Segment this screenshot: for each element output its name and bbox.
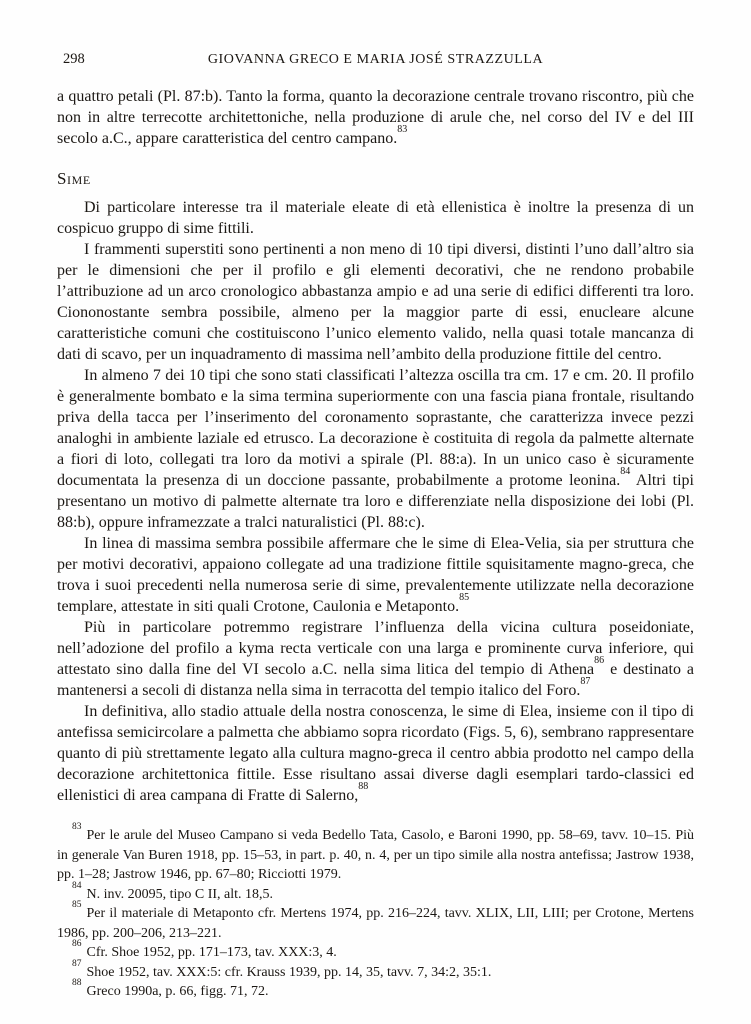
footnote: 83Per le arule del Museo Campano si veda… — [57, 826, 694, 885]
footnote-number: 86 — [72, 939, 82, 949]
footnote-text: N. inv. 20095, tipo C II, alt. 18,5. — [87, 887, 274, 902]
body-content: a quattro petali (Pl. 87:b). Tanto la fo… — [57, 86, 694, 806]
footnote-text: Shoe 1952, tav. XXX:5: cfr. Krauss 1939,… — [87, 965, 492, 980]
running-title: GIOVANNA GRECO E MARIA JOSÉ STRAZZULLA — [208, 52, 543, 68]
footnote-ref: 86 — [594, 655, 604, 666]
footnote: 85Per il materiale di Metaponto cfr. Mer… — [57, 904, 694, 943]
section-heading: Sime — [57, 169, 694, 189]
footnote-ref: 83 — [397, 124, 407, 135]
footnote-text: Greco 1990a, p. 66, figg. 71, 72. — [87, 984, 269, 999]
footnote-text: Per le arule del Museo Campano si veda B… — [57, 828, 694, 882]
footnote-ref: 84 — [620, 466, 630, 477]
footnote-number: 84 — [72, 881, 82, 891]
footnote-number: 83 — [72, 822, 82, 832]
footnote-ref: 88 — [358, 781, 368, 792]
footnote-number: 88 — [72, 978, 82, 988]
paragraph: In linea di massima sembra possibile aff… — [57, 533, 694, 617]
running-head: 298 GIOVANNA GRECO E MARIA JOSÉ STRAZZUL… — [57, 50, 694, 70]
paragraph: I frammenti superstiti sono pertinenti a… — [57, 239, 694, 365]
footnotes-section: 83Per le arule del Museo Campano si veda… — [57, 826, 694, 1002]
scanned-paper-page: 298 GIOVANNA GRECO E MARIA JOSÉ STRAZZUL… — [0, 0, 751, 1024]
page-number: 298 — [63, 51, 85, 68]
paragraph: Di particolare interesse tra il material… — [57, 197, 694, 239]
footnote: 86Cfr. Shoe 1952, pp. 171–173, tav. XXX:… — [57, 943, 694, 963]
footnote: 88Greco 1990a, p. 66, figg. 71, 72. — [57, 982, 694, 1002]
footnote: 87Shoe 1952, tav. XXX:5: cfr. Krauss 193… — [57, 963, 694, 983]
footnote-text: Per il materiale di Metaponto cfr. Merte… — [57, 906, 694, 941]
footnote-ref: 85 — [459, 592, 469, 603]
footnote-number: 87 — [72, 959, 82, 969]
footnote-number: 85 — [72, 900, 82, 910]
paragraph: In almeno 7 dei 10 tipi che sono stati c… — [57, 365, 694, 533]
footnote-ref: 87 — [580, 676, 590, 687]
paragraph: Più in particolare potremmo registrare l… — [57, 617, 694, 701]
paragraph: In definitiva, allo stadio attuale della… — [57, 701, 694, 806]
footnote: 84N. inv. 20095, tipo C II, alt. 18,5. — [57, 885, 694, 905]
footnote-text: Cfr. Shoe 1952, pp. 171–173, tav. XXX:3,… — [87, 945, 337, 960]
paragraph: a quattro petali (Pl. 87:b). Tanto la fo… — [57, 86, 694, 149]
